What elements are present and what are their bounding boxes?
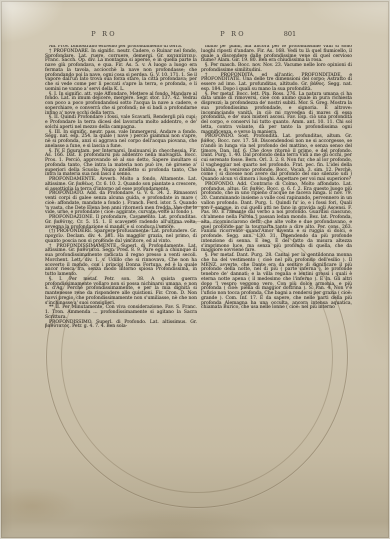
entry-paragraph: PROFONDISSIMO. Superl. di Profondo. Lat.… <box>45 321 197 331</box>
entry-paragraph: §. Per metaf. Dant. Purg. 28. Cantai per… <box>201 254 352 311</box>
entry-paragraph: §. I. Per metaf. Petr. son. 38. A quista… <box>45 278 197 307</box>
entry-paragraph: PROFONDATO. Add. da Profondare. G. V. 6.… <box>45 192 197 216</box>
entry-paragraph: PROFONDO. Sost. Profondità. Lat. profund… <box>201 135 352 183</box>
entry-paragraph: mano pe' piani, ma ancora per le profond… <box>201 45 352 64</box>
entry-paragraph: §. IV. E figuratam. per Internarsi, Insi… <box>45 150 197 179</box>
scanned-book-page: P RO P RO 801 An. Prov. Dimostrano estre… <box>0 0 390 539</box>
entry-paragraph: §. II. Quindi Profondare i fossi, vale S… <box>45 116 197 130</box>
entry-paragraph: PROFONDO. Add. Contrario di Colmo, Molto… <box>201 183 352 254</box>
text-column-left: An. Prov. Dimostrano estremo per profond… <box>45 45 197 423</box>
paper-sheet: P RO P RO 801 An. Prov. Dimostrano estre… <box>1 1 389 538</box>
running-head-left: P RO <box>91 30 116 38</box>
entry-paragraph: (†) PROFONDERE. Spargere profusamente. L… <box>45 230 197 244</box>
text-column-right: mano pe' piani, ma ancora per le profond… <box>201 45 352 437</box>
entry-paragraph: §. Per metaf. Bocc. lett. Pin. Ross. 276… <box>201 93 352 136</box>
entry-paragraph: † PROFONDARE. In signific. neutr. Cadere… <box>45 50 197 93</box>
entry-paragraph: † PROFONDITÀ, ed all'antic. PROFONDITADE… <box>201 74 352 93</box>
running-head-right: P RO <box>220 30 245 38</box>
entry-paragraph: §. I. In signific. att. vale Affondare, … <box>45 93 197 117</box>
page-number: 801 <box>284 30 296 38</box>
entry-paragraph: §. III. In signific. neutr. pass. vale I… <box>45 131 197 150</box>
entry-paragraph: ** II. Per Minutamente, Con viva conside… <box>45 306 197 320</box>
entry-paragraph: † PROFONDISSIMAMENTE. Superl. di Profond… <box>45 245 197 278</box>
